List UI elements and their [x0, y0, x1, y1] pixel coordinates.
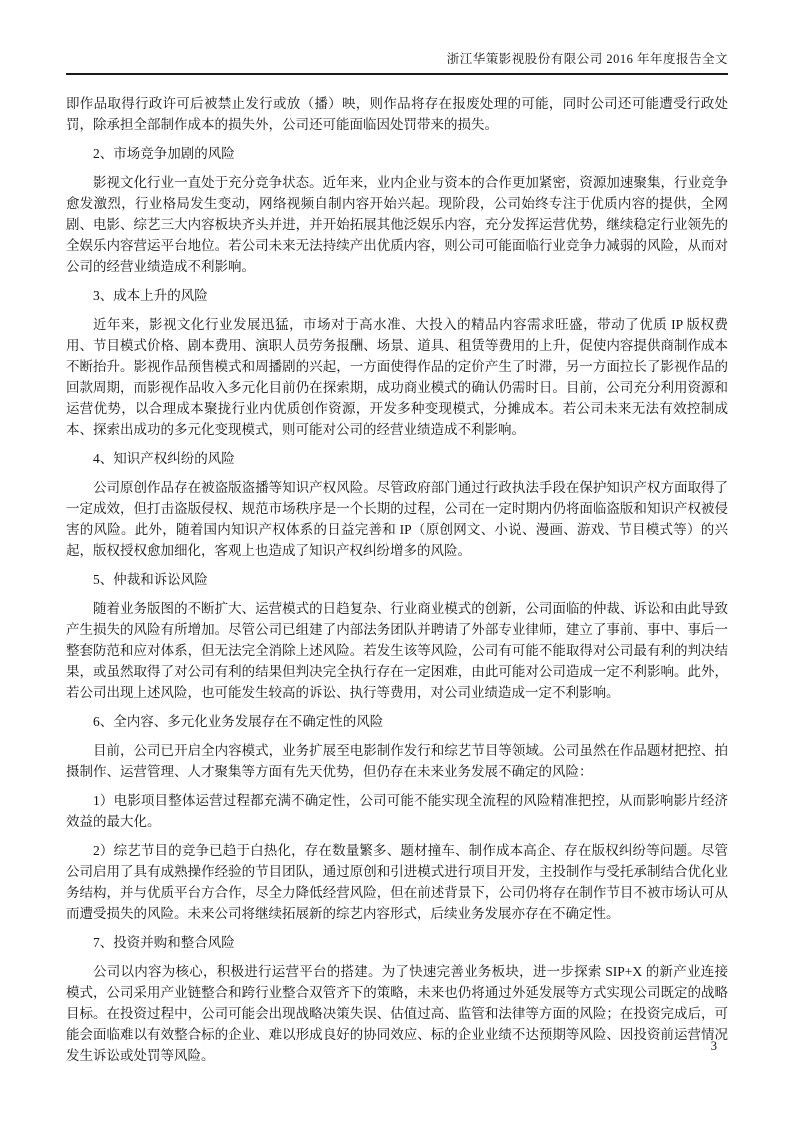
section-heading-6: 6、全内容、多元化业务发展存在不确定性的风险	[66, 711, 728, 732]
page-header: 浙江华策影视股份有限公司 2016 年年度报告全文	[66, 50, 728, 75]
document-body: 即作品取得行政许可后被禁止发行或放（播）映，则作品将存在报废处理的可能，同时公司…	[66, 93, 728, 1074]
section-heading-2: 2、市场竞争加剧的风险	[66, 143, 728, 164]
section-heading-7: 7、投资并购和整合风险	[66, 932, 728, 953]
paragraph-film-project-risk: 1）电影项目整体运营过程都充满不确定性，公司可能不能实现全流程的风险精准把控，从…	[66, 790, 728, 832]
paragraph-continuation: 即作品取得行政许可后被禁止发行或放（播）映，则作品将存在报废处理的可能，同时公司…	[66, 93, 728, 135]
paragraph-ip-disputes: 公司原创作品存在被盗版盗播等知识产权风险。尽管政府部门通过行政执法手段在保护知识…	[66, 477, 728, 561]
paragraph-variety-show-risk: 2）综艺节目的竞争已趋于白热化，存在数量繁多、题材撞车、制作成本高企、存在版权纠…	[66, 840, 728, 924]
page-footer: 3	[66, 1038, 717, 1054]
page-number: 3	[711, 1039, 717, 1053]
header-rule	[66, 73, 728, 75]
paragraph-arbitration-litigation: 随着业务版图的不断扩大、运营模式的日趋复杂、行业商业模式的创新，公司面临的仲裁、…	[66, 598, 728, 703]
paragraph-full-content-risk: 目前，公司已开启全内容模式，业务扩展至电影制作发行和综艺节目等领域。公司虽然在作…	[66, 740, 728, 782]
paragraph-rising-costs: 近年来，影视文化行业发展迅猛，市场对于高水准、大投入的精品内容需求旺盛，带动了优…	[66, 314, 728, 440]
section-heading-3: 3、成本上升的风险	[66, 285, 728, 306]
header-title: 浙江华策影视股份有限公司 2016 年年度报告全文	[66, 50, 728, 73]
paragraph-market-competition: 影视文化行业一直处于充分竞争状态。近年来，业内企业与资本的合作更加紧密，资源加速…	[66, 172, 728, 277]
section-heading-5: 5、仲裁和诉讼风险	[66, 569, 728, 590]
section-heading-4: 4、知识产权纠纷的风险	[66, 448, 728, 469]
document-page: 浙江华策影视股份有限公司 2016 年年度报告全文 即作品取得行政许可后被禁止发…	[0, 0, 793, 1122]
